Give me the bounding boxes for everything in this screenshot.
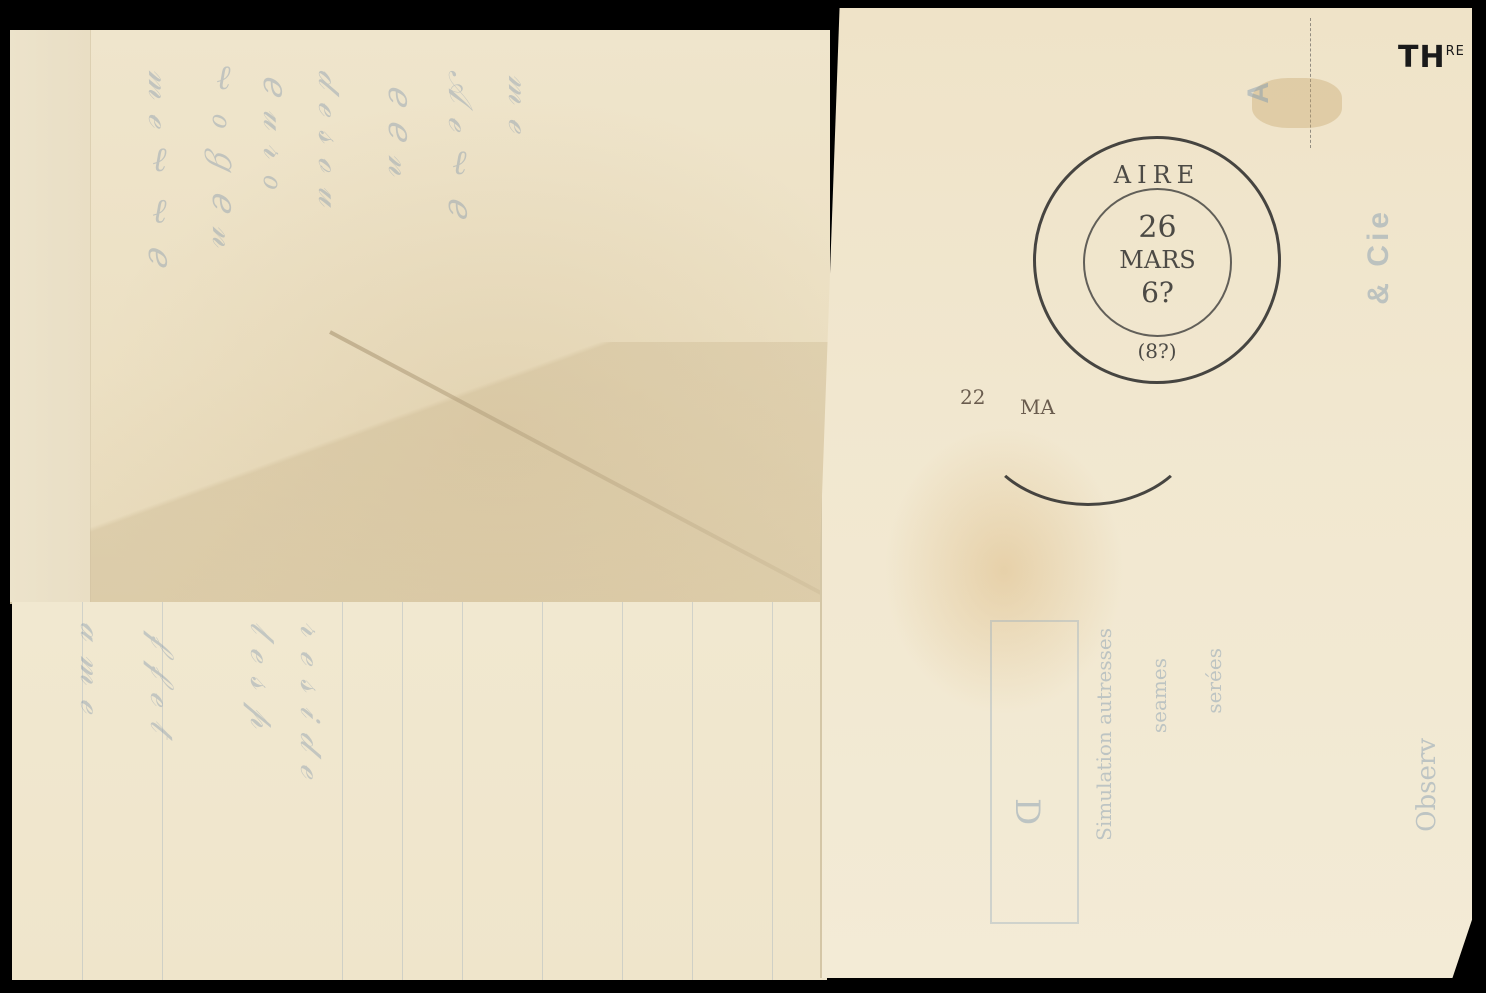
letterhead-box xyxy=(990,620,1079,924)
handwriting-bleed: 𝓂 ℯ xyxy=(500,75,540,134)
letter-top-flap: 𝓂 ℯ ℓ ℓ ℯ ℓ ℴ ℊ ℯ 𝓃 ℯ 𝓊 𝓇 ℴ 𝒹 ℯ 𝓈 ℴ 𝓊 ℯ … xyxy=(10,30,830,604)
letterhead-gothic-line: Simulation autresses xyxy=(1092,628,1116,841)
fold-shadow xyxy=(90,342,830,602)
handwriting-bleed: 𝓁 ℯ 𝓈 𝓅 xyxy=(242,622,282,730)
ruled-line xyxy=(692,602,693,980)
ruled-line xyxy=(342,602,343,980)
letterhead-corner-text: Observ xyxy=(1412,738,1442,832)
letterhead-bleed-name: A xyxy=(1242,78,1276,104)
postmark-town: AIRE xyxy=(1036,161,1278,189)
ruled-line xyxy=(402,602,403,980)
handwriting-bleed: ℯ ℯ 𝓃 xyxy=(380,85,420,178)
stamp-header-text: THRE xyxy=(1398,40,1465,75)
handwriting-bleed: 𝓇 ℯ 𝓈 𝒾 𝒹 ℯ xyxy=(292,622,332,779)
stamp-main: TH xyxy=(1398,40,1446,75)
left-fold-strip xyxy=(10,30,91,602)
handwriting-bleed: 𝓂 ℯ ℓ ℓ ℯ xyxy=(140,70,180,268)
ruled-line xyxy=(622,602,623,980)
postmark-day: 26 xyxy=(1085,210,1230,245)
postmark-secondary-arc xyxy=(975,330,1201,506)
postmark-inner-ring: 26 MARS 6? xyxy=(1083,188,1232,337)
postmark-year: 6? xyxy=(1085,276,1230,309)
handwriting-bleed: 𝒹 ℯ 𝓈 ℴ 𝓊 xyxy=(310,70,350,208)
letter-lower-sheet: 𝒶 𝓂 ℯ 𝒻 𝒻 ℯ 𝓉 𝓁 ℯ 𝓈 𝓅 𝓇 ℯ 𝓈 𝒾 𝒹 ℯ xyxy=(12,602,827,980)
letterhead-box-letter: D xyxy=(1007,798,1047,825)
postmark-month: MARS xyxy=(1085,246,1230,274)
handwriting-bleed: 𝒜 ℯ ℓ ℯ xyxy=(440,70,480,219)
handwriting-bleed: ℓ ℴ ℊ ℯ 𝓃 xyxy=(200,60,249,249)
handwriting-bleed: 𝒶 𝓂 ℯ xyxy=(72,622,112,714)
ruled-line xyxy=(542,602,543,980)
letterhead-gothic-line: serées xyxy=(1202,648,1226,714)
letterhead-bleed-company: & Cie xyxy=(1362,208,1396,305)
postmark-secondary-fragment: 22 xyxy=(960,385,985,409)
ruled-line xyxy=(462,602,463,980)
stamp-superscript: RE xyxy=(1446,44,1465,59)
handwriting-bleed: ℯ 𝓊 𝓇 ℴ xyxy=(255,75,295,191)
postmark-secondary-fragment: MA xyxy=(1020,395,1055,419)
letterhead-gothic-line: seames xyxy=(1147,658,1171,733)
handwriting-bleed: 𝒻 𝒻 ℯ 𝓉 xyxy=(142,632,182,734)
ruled-line xyxy=(772,602,773,980)
